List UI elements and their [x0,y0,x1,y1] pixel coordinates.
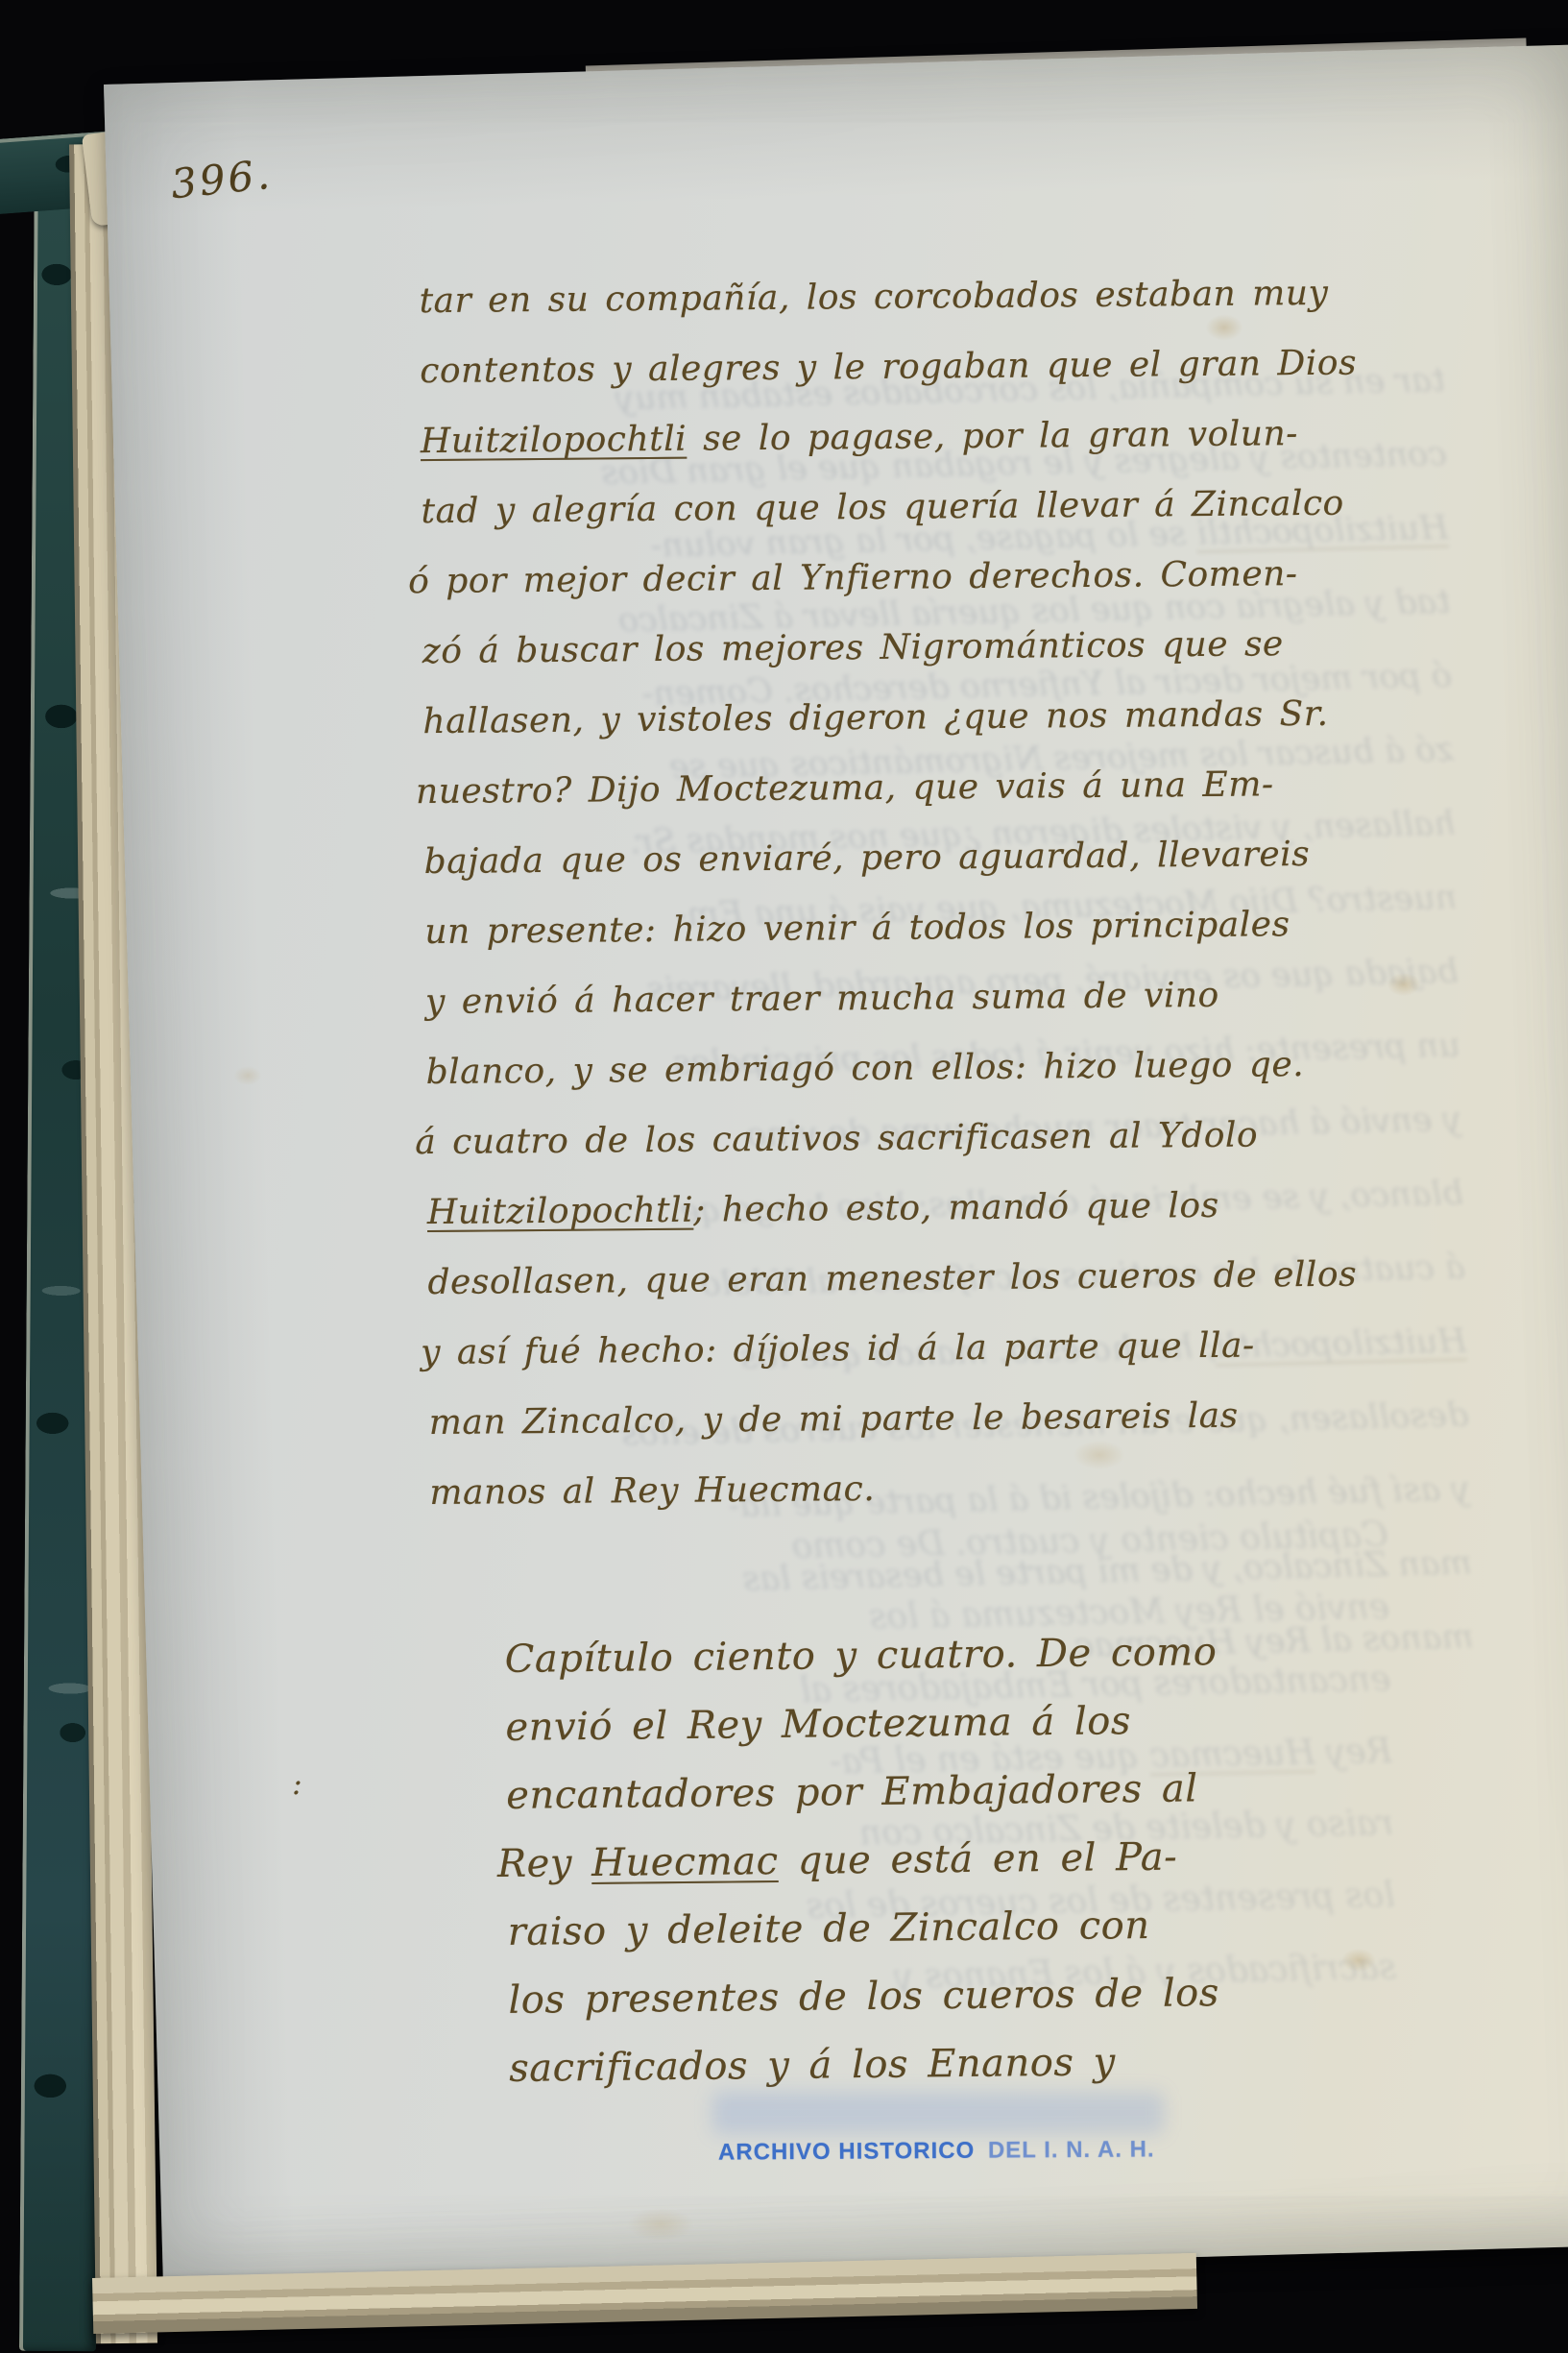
manuscript-line: manos al Rey Huecmac. [429,1448,1544,1528]
text-segment: un presente: hizo venir á todos los prin… [424,905,1291,952]
manuscript-line: encantadores por Embajadores al [506,1753,1410,1831]
text-segment: desollasen, que eran menester los cueros… [427,1255,1357,1302]
underlined-word: Huecmac [591,1839,779,1885]
manuscript-line: desollasen, que eran menester los cueros… [427,1238,1542,1318]
manuscript-line: nuestro? Dijo Moctezuma, que vais á una … [416,747,1538,827]
manuscript-body-paragraph: tar en su compañía, los corcobados estab… [419,256,1543,1528]
manuscript-line: los presentes de los cueros de los [508,1957,1411,2035]
text-segment: á cuatro de los cautivos sacrificasen al… [415,1115,1258,1162]
stamp-ink-smudge [712,2092,1164,2134]
text-segment: bajada que os enviaré, pero aguardad, ll… [424,835,1311,882]
manuscript-line: raiso y deleite de Zincalco con [507,1889,1411,1967]
manuscript-line: tad y alegría con que los quería llevar … [421,467,1535,546]
text-segment: y envió á hacer traer mucha suma de vino [425,976,1219,1022]
stamp-text-faint: DEL I. N. A. H. [988,2136,1155,2163]
text-segment: manos al Rey Huecmac. [429,1469,875,1513]
text-segment: sacrificados y á los Enanos y [509,2040,1116,2091]
text-segment: tad y alegría con que los quería llevar … [421,484,1344,531]
text-segment: que está en el Pa- [778,1835,1177,1883]
manuscript-line: hallasen, y vistoles digeron ¿que nos ma… [422,677,1537,757]
manuscript-line: Capítulo ciento y cuatro. De como [504,1616,1408,1694]
text-segment: se lo pagase, por la gran volun- [687,414,1298,459]
manuscript-line: man Zincalco, y de mi parte le besareis … [428,1378,1543,1458]
manuscript-line: un presente: hizo venir á todos los prin… [424,887,1539,967]
text-segment: ó por mejor decir al Ynfierno derechos. … [408,554,1298,601]
text-segment: encantadores por Embajadores al [506,1766,1198,1818]
manuscript-line: envió el Rey Moctezuma á los [505,1685,1409,1762]
manuscript-line: contentos y alegres y le rogaban que el … [420,327,1534,406]
text-segment: Capítulo ciento y cuatro. De como [505,1630,1218,1682]
text-segment: contentos y alegres y le rogaban que el … [420,344,1357,392]
text-segment: nuestro? Dijo Moctezuma, que vais á una … [416,764,1274,812]
text-segment: envió el Rey Moctezuma á los [505,1699,1131,1750]
text-segment: man Zincalco, y de mi parte le besareis … [429,1396,1239,1443]
manuscript-line: bajada que os enviaré, pero aguardad, ll… [423,817,1538,897]
stamp-text-strong: ARCHIVO HISTORICO [718,2138,975,2166]
manuscript-line: blanco, y se embriagó con ellos: hizo lu… [425,1028,1540,1107]
underlined-word: Huitzilopochtli [421,420,688,461]
text-segment: y así fué hecho: díjoles id á la parte q… [421,1326,1255,1373]
text-segment: los presentes de los cueros de los [508,1971,1219,2023]
text-segment: raiso y deleite de Zincalco con [508,1904,1150,1954]
manuscript-line: tar en su compañía, los corcobados estab… [419,256,1533,336]
manuscript-line: y envió á hacer traer mucha suma de vino [425,958,1540,1037]
manuscript-line: y así fué hecho: díjoles id á la parte q… [421,1308,1543,1388]
text-segment: ; hecho esto, mandó que los [693,1186,1219,1230]
text-segment: zó á buscar los mejores Nigrománticos qu… [422,624,1284,671]
manuscript-line: á cuatro de los cautivos sacrificasen al… [415,1098,1541,1177]
margin-mark: : [292,1765,302,1802]
underlined-word: Huitzilopochtli [427,1191,694,1232]
manuscript-line: zó á buscar los mejores Nigrománticos qu… [422,607,1536,687]
manuscript-line: Huitzilopochtli; hecho esto, mandó que l… [427,1168,1542,1248]
chapter-heading-paragraph: Capítulo ciento y cuatro. De comoenvió e… [504,1616,1411,2103]
archive-stamp: ARCHIVO HISTORICO DEL I. N. A. H. [718,2136,1170,2166]
manuscript-line: ó por mejor decir al Ynfierno derechos. … [408,537,1536,617]
text-segment: tar en su compañía, los corcobados estab… [419,274,1328,321]
manuscript-line: Huitzilopochtli se lo pagase, por la gra… [421,397,1535,476]
text-segment: hallasen, y vistoles digeron ¿que nos ma… [422,694,1328,741]
text-segment: blanco, y se embriagó con ellos: hizo lu… [425,1045,1304,1092]
manuscript-photo: tar en su compañía, los corcobados estab… [0,0,1568,2353]
text-segment: Rey [497,1841,592,1886]
manuscript-line: Rey Huecmac que está en el Pa- [497,1821,1411,1899]
